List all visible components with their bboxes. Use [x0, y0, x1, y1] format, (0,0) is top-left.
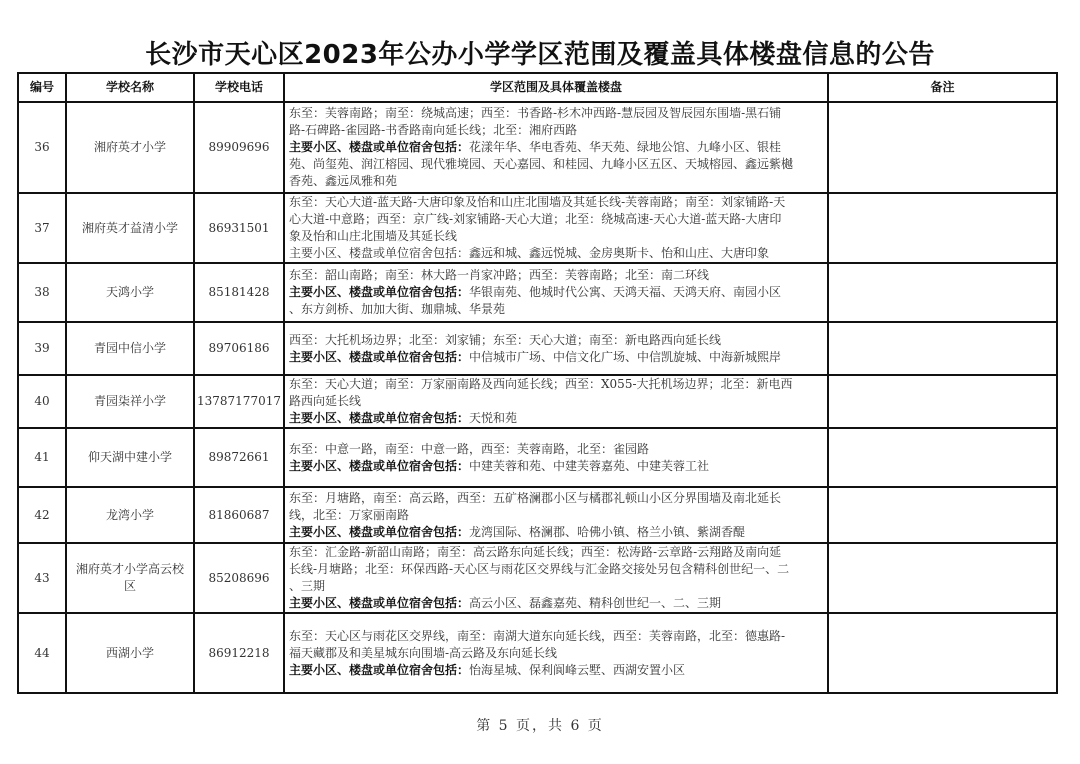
- district-range: 东至：天心区与雨花区交界线，南至：南湖大道东向延长线，西至：芙蓉南路，北至：德惠…: [284, 613, 828, 693]
- row-number: 36: [18, 102, 66, 193]
- school-name: 湘府英才益清小学: [66, 193, 194, 263]
- remarks: [828, 543, 1057, 613]
- row-number: 43: [18, 543, 66, 613]
- boundary-line: 长线-月塘路；北至：环保西路-天心区与雨花区交界线与汇金路交接处另包含精科创世纪…: [289, 561, 823, 578]
- row-number: 41: [18, 428, 66, 487]
- estates-line: 苑、尚玺苑、润江榕园、现代雅境园、天心嘉园、和桂园、九峰小区五区、天城榕园、鑫远…: [289, 156, 823, 173]
- estates-list: 华银南苑、他城时代公寓、天鸿天福、天鸿天府、南园小区: [469, 285, 781, 299]
- boundary-line: 路西向延长线: [289, 393, 823, 410]
- estates-line: 主要小区、楼盘或单位宿舍包括：华银南苑、他城时代公寓、天鸿天福、天鸿天府、南园小…: [289, 284, 823, 301]
- header-range: 学区范围及具体覆盖楼盘: [284, 73, 828, 102]
- school-phone: 85181428: [194, 263, 284, 322]
- school-phone: 81860687: [194, 487, 284, 543]
- table-row: 43湘府英才小学高云校区85208696东至：汇金路-新韶山南路；南至：高云路东…: [18, 543, 1057, 613]
- header-number: 编号: [18, 73, 66, 102]
- boundary-line: 线，北至：万家丽南路: [289, 507, 823, 524]
- estates-line: 主要小区、楼盘或单位宿舍包括：花漾年华、华电香苑、华天苑、绿地公馆、九峰小区、银…: [289, 139, 823, 156]
- school-phone: 86912218: [194, 613, 284, 693]
- remarks: [828, 263, 1057, 322]
- estates-list: 中信城市广场、中信文化广场、中信凯旋城、中海新城熙岸: [469, 350, 781, 364]
- row-number: 38: [18, 263, 66, 322]
- boundary-line: 东至：天心大道-蓝天路-大唐印象及怡和山庄北围墙及其延长线-芙蓉南路；南至：刘家…: [289, 194, 823, 211]
- estates-label: 主要小区、楼盘或单位宿舍包括：: [289, 459, 469, 473]
- estates-list: 中建芙蓉和苑、中建芙蓉嘉苑、中建芙蓉工社: [469, 459, 709, 473]
- school-name: 龙湾小学: [66, 487, 194, 543]
- page-footer: 第 5 页，共 6 页: [0, 715, 1080, 735]
- table-row: 37湘府英才益清小学86931501东至：天心大道-蓝天路-大唐印象及怡和山庄北…: [18, 193, 1057, 263]
- school-phone: 89909696: [194, 102, 284, 193]
- estates-label: 主要小区、楼盘或单位宿舍包括：: [289, 350, 469, 364]
- estates-line: 、东方剑桥、加加大街、珈鼎城、华景苑: [289, 301, 823, 318]
- estates-list: 高云小区、磊鑫嘉苑、精科创世纪一、二、三期: [469, 596, 721, 610]
- boundary-line: 路-石碑路-雀园路-书香路南向延长线；北至：湘府西路: [289, 122, 823, 139]
- estates-line: 主要小区、楼盘或单位宿舍包括：中信城市广场、中信文化广场、中信凯旋城、中海新城熙…: [289, 349, 823, 366]
- school-phone: 13787177017: [194, 375, 284, 428]
- boundary-line: 福天藏郡及和美星城东向围墙-高云路及东向延长线: [289, 645, 823, 662]
- district-range: 东至：中意一路，南至：中意一路，西至：芙蓉南路，北至：雀园路主要小区、楼盘或单位…: [284, 428, 828, 487]
- remarks: [828, 375, 1057, 428]
- boundary-line: 东至：中意一路，南至：中意一路，西至：芙蓉南路，北至：雀园路: [289, 441, 823, 458]
- boundary-line: 东至：韶山南路；南至：林大路一肖家冲路；西至：芙蓉南路；北至：南二环线: [289, 267, 823, 284]
- header-remarks: 备注: [828, 73, 1057, 102]
- remarks: [828, 613, 1057, 693]
- estates-line: 主要小区、楼盘或单位宿舍包括：龙湾国际、格澜郡、哈佛小镇、格兰小镇、紫湖香醍: [289, 524, 823, 541]
- school-district-table: 编号 学校名称 学校电话 学区范围及具体覆盖楼盘 备注 36湘府英才小学8990…: [17, 72, 1058, 694]
- estates-label: 主要小区、楼盘或单位宿舍包括：: [289, 246, 469, 260]
- table-row: 40青园柒祥小学13787177017东至：天心大道；南至：万家丽南路及西向延长…: [18, 375, 1057, 428]
- school-name: 湘府英才小学: [66, 102, 194, 193]
- school-phone: 85208696: [194, 543, 284, 613]
- row-number: 37: [18, 193, 66, 263]
- row-number: 40: [18, 375, 66, 428]
- school-name: 西湖小学: [66, 613, 194, 693]
- table-row: 38天鸿小学85181428东至：韶山南路；南至：林大路一肖家冲路；西至：芙蓉南…: [18, 263, 1057, 322]
- estates-list: 怡海星城、保利阆峰云墅、西湖安置小区: [469, 663, 685, 677]
- remarks: [828, 487, 1057, 543]
- table-row: 39青园中信小学89706186西至：大托机场边界；北至：刘家铺；东至：天心大道…: [18, 322, 1057, 375]
- table-header-row: 编号 学校名称 学校电话 学区范围及具体覆盖楼盘 备注: [18, 73, 1057, 102]
- header-phone: 学校电话: [194, 73, 284, 102]
- estates-label: 主要小区、楼盘或单位宿舍包括：: [289, 596, 469, 610]
- estates-list: 鑫远和城、鑫远悦城、金房奥斯卡、怡和山庄、大唐印象: [469, 246, 769, 260]
- school-name: 天鸿小学: [66, 263, 194, 322]
- school-name: 青园柒祥小学: [66, 375, 194, 428]
- boundary-line: 东至：汇金路-新韶山南路；南至：高云路东向延长线；西至：松涛路-云章路-云翔路及…: [289, 544, 823, 561]
- district-range: 东至：天心大道-蓝天路-大唐印象及怡和山庄北围墙及其延长线-芙蓉南路；南至：刘家…: [284, 193, 828, 263]
- boundary-line: 东至：芙蓉南路；南至：绕城高速；西至：书香路-杉木冲西路-慧辰园及智辰园东围墙-…: [289, 105, 823, 122]
- boundary-line: 象及怡和山庄北围墙及其延长线: [289, 228, 823, 245]
- estates-label: 主要小区、楼盘或单位宿舍包括：: [289, 663, 469, 677]
- boundary-line: 东至：天心大道；南至：万家丽南路及西向延长线；西至：X055-大托机场边界；北至…: [289, 376, 823, 393]
- estates-list: 龙湾国际、格澜郡、哈佛小镇、格兰小镇、紫湖香醍: [469, 525, 745, 539]
- table-row: 41仰天湖中建小学89872661东至：中意一路，南至：中意一路，西至：芙蓉南路…: [18, 428, 1057, 487]
- estates-list: 天悦和苑: [469, 411, 517, 425]
- table-row: 44西湖小学86912218东至：天心区与雨花区交界线，南至：南湖大道东向延长线…: [18, 613, 1057, 693]
- district-range: 东至：月塘路，南至：高云路，西至：五矿格澜郡小区与橘郡礼顿山小区分界围墙及南北延…: [284, 487, 828, 543]
- table-row: 42龙湾小学81860687东至：月塘路，南至：高云路，西至：五矿格澜郡小区与橘…: [18, 487, 1057, 543]
- estates-line: 主要小区、楼盘或单位宿舍包括：怡海星城、保利阆峰云墅、西湖安置小区: [289, 662, 823, 679]
- district-range: 西至：大托机场边界；北至：刘家铺；东至：天心大道；南至：新电路西向延长线主要小区…: [284, 322, 828, 375]
- district-range: 东至：韶山南路；南至：林大路一肖家冲路；西至：芙蓉南路；北至：南二环线主要小区、…: [284, 263, 828, 322]
- boundary-line: 心大道-中意路；西至：京广线-刘家铺路-天心大道；北至：绕城高速-天心大道-蓝天…: [289, 211, 823, 228]
- district-range: 东至：芙蓉南路；南至：绕城高速；西至：书香路-杉木冲西路-慧辰园及智辰园东围墙-…: [284, 102, 828, 193]
- remarks: [828, 322, 1057, 375]
- estates-label: 主要小区、楼盘或单位宿舍包括：: [289, 525, 469, 539]
- table-body: 36湘府英才小学89909696东至：芙蓉南路；南至：绕城高速；西至：书香路-杉…: [18, 102, 1057, 693]
- estates-line: 主要小区、楼盘或单位宿舍包括：鑫远和城、鑫远悦城、金房奥斯卡、怡和山庄、大唐印象: [289, 245, 823, 262]
- boundary-line: 东至：天心区与雨花区交界线，南至：南湖大道东向延长线，西至：芙蓉南路，北至：德惠…: [289, 628, 823, 645]
- estates-label: 主要小区、楼盘或单位宿舍包括：: [289, 411, 469, 425]
- remarks: [828, 428, 1057, 487]
- row-number: 44: [18, 613, 66, 693]
- header-school-name: 学校名称: [66, 73, 194, 102]
- school-name: 湘府英才小学高云校区: [66, 543, 194, 613]
- estates-line: 主要小区、楼盘或单位宿舍包括：天悦和苑: [289, 410, 823, 427]
- row-number: 39: [18, 322, 66, 375]
- remarks: [828, 102, 1057, 193]
- estates-line: 主要小区、楼盘或单位宿舍包括：高云小区、磊鑫嘉苑、精科创世纪一、二、三期: [289, 595, 823, 612]
- school-phone: 86931501: [194, 193, 284, 263]
- estates-label: 主要小区、楼盘或单位宿舍包括：: [289, 140, 469, 154]
- district-range: 东至：汇金路-新韶山南路；南至：高云路东向延长线；西至：松涛路-云章路-云翔路及…: [284, 543, 828, 613]
- remarks: [828, 193, 1057, 263]
- school-name: 仰天湖中建小学: [66, 428, 194, 487]
- estates-label: 主要小区、楼盘或单位宿舍包括：: [289, 285, 469, 299]
- estates-line: 主要小区、楼盘或单位宿舍包括：中建芙蓉和苑、中建芙蓉嘉苑、中建芙蓉工社: [289, 458, 823, 475]
- row-number: 42: [18, 487, 66, 543]
- estates-list: 花漾年华、华电香苑、华天苑、绿地公馆、九峰小区、银桂: [469, 140, 781, 154]
- boundary-line: 东至：月塘路，南至：高云路，西至：五矿格澜郡小区与橘郡礼顿山小区分界围墙及南北延…: [289, 490, 823, 507]
- boundary-line: 、三期: [289, 578, 823, 595]
- boundary-line: 西至：大托机场边界；北至：刘家铺；东至：天心大道；南至：新电路西向延长线: [289, 332, 823, 349]
- school-phone: 89706186: [194, 322, 284, 375]
- estates-line: 香苑、鑫远凤雅和苑: [289, 173, 823, 190]
- document-title: 长沙市天心区2023年公办小学学区范围及覆盖具体楼盘信息的公告: [0, 38, 1080, 72]
- table-row: 36湘府英才小学89909696东至：芙蓉南路；南至：绕城高速；西至：书香路-杉…: [18, 102, 1057, 193]
- school-name: 青园中信小学: [66, 322, 194, 375]
- district-range: 东至：天心大道；南至：万家丽南路及西向延长线；西至：X055-大托机场边界；北至…: [284, 375, 828, 428]
- school-phone: 89872661: [194, 428, 284, 487]
